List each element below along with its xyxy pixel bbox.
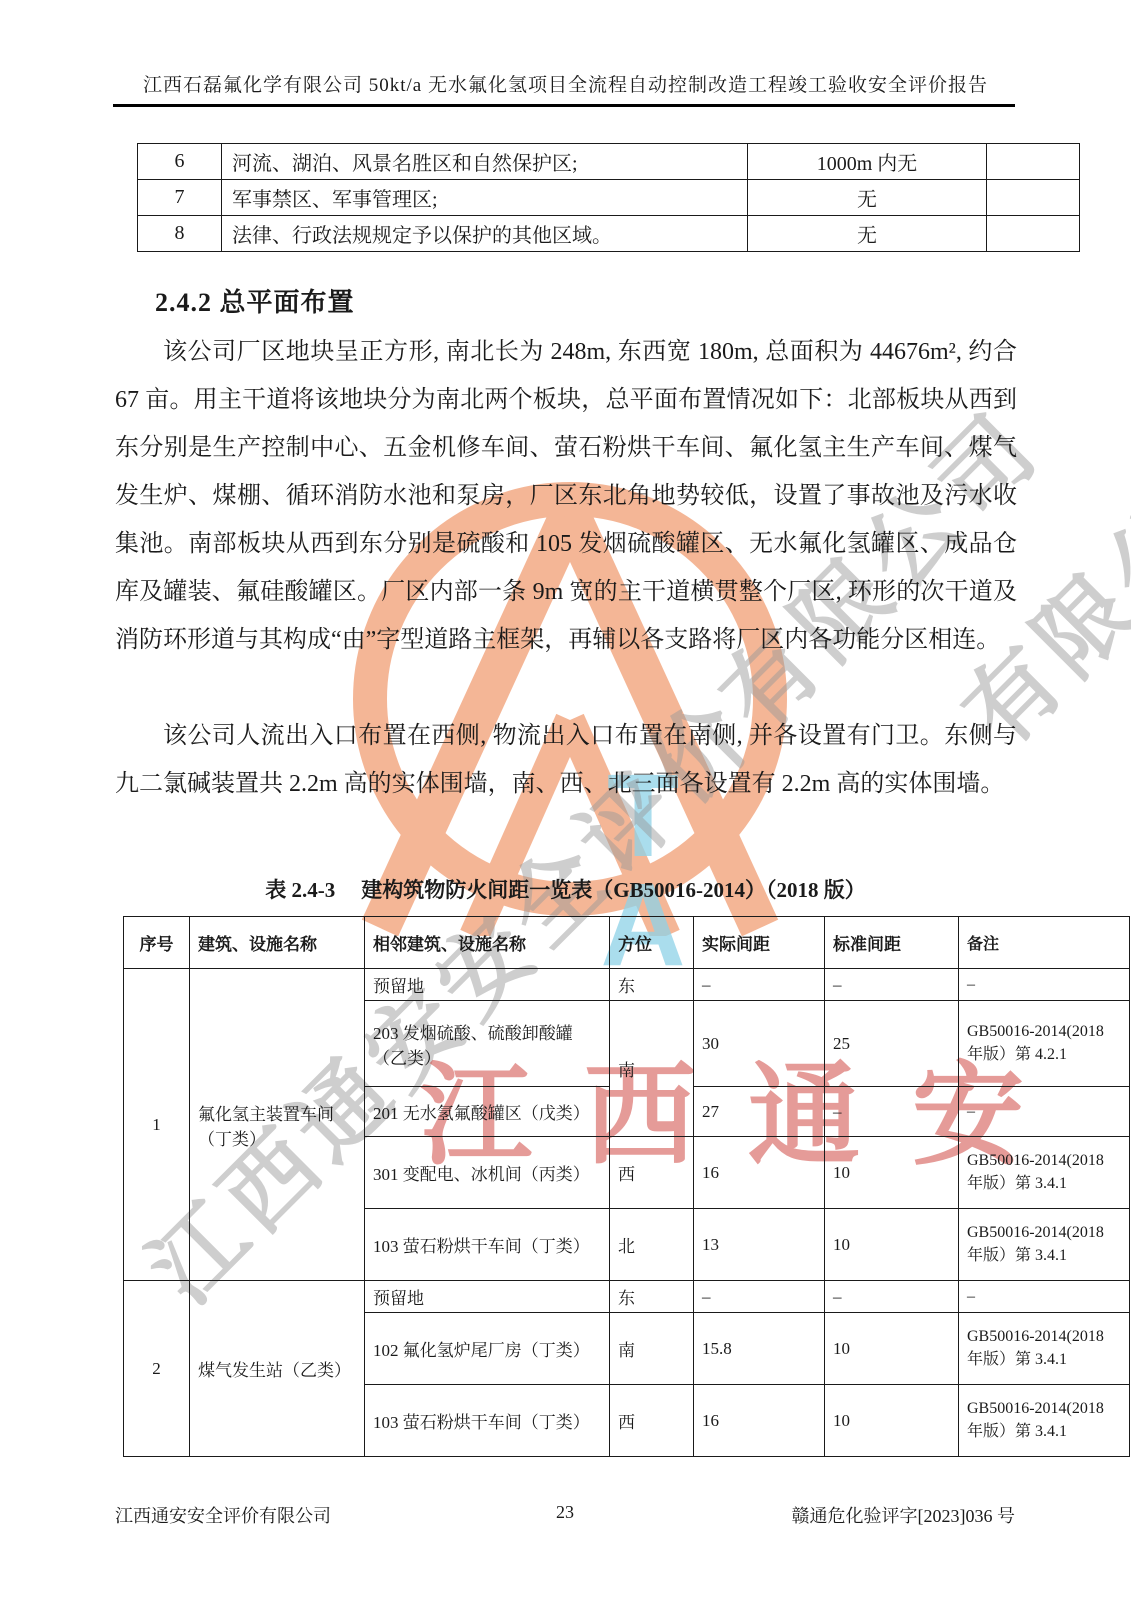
table-cell: 25 [825, 1001, 959, 1087]
table-cell: 16 [694, 1385, 825, 1457]
header-rule [113, 104, 1015, 107]
table-cell: 无 [748, 180, 987, 216]
page-header-title: 江西石磊氟化学有限公司 50kt/a 无水氟化氢项目全流程自动控制改造工程竣工验… [0, 70, 1131, 97]
footer-company-name: 江西通安安全评价有限公司 [115, 1502, 331, 1528]
footer-document-number: 赣通危化验评字[2023]036 号 [792, 1502, 1016, 1528]
protected-areas-table: 6 河流、湖泊、风景名胜区和自然保护区; 1000m 内无 7 军事禁区、军事管… [137, 143, 1080, 252]
column-header: 相邻建筑、设施名称 [365, 917, 610, 969]
table-cell: 北 [610, 1209, 694, 1281]
table-cell [987, 180, 1080, 216]
table-cell: GB50016-2014(2018 年版）第 3.4.1 [959, 1209, 1130, 1281]
table-cell: – [959, 1281, 1130, 1313]
table-cell: GB50016-2014(2018 年版）第 3.4.1 [959, 1385, 1130, 1457]
table-cell: GB50016-2014(2018 年版）第 3.4.1 [959, 1313, 1130, 1385]
document-page: T A 江西通安安全评价有限公司 有限公司 江西通安 江西石磊氟化学有限公司 5… [0, 0, 1131, 1600]
column-header: 标准间距 [825, 917, 959, 969]
table-cell-seq: 2 [124, 1281, 190, 1457]
section-heading: 2.4.2 总平面布置 [155, 282, 355, 319]
table-cell-building: 煤气发生站（乙类） [190, 1281, 365, 1457]
table-cell: – [694, 1281, 825, 1313]
table-cell: 东 [610, 1281, 694, 1313]
table-row: 7 军事禁区、军事管理区; 无 [138, 180, 1080, 216]
table-cell: – [825, 969, 959, 1001]
table-cell: 301 变配电、冰机间（丙类） [365, 1137, 610, 1209]
table-cell: 军事禁区、军事管理区; [222, 180, 748, 216]
page-content: 江西石磊氟化学有限公司 50kt/a 无水氟化氢项目全流程自动控制改造工程竣工验… [0, 0, 1131, 1600]
table-cell: – [825, 1281, 959, 1313]
table-cell: 203 发烟硫酸、硫酸卸酸罐（乙类） [365, 1001, 610, 1087]
table-cell: 30 [694, 1001, 825, 1087]
table-cell: 河流、湖泊、风景名胜区和自然保护区; [222, 144, 748, 180]
table-cell: 南 [610, 1001, 694, 1137]
table-cell: 10 [825, 1313, 959, 1385]
table-cell: 6 [138, 144, 222, 180]
body-paragraph-1: 该公司厂区地块呈正方形, 南北长为 248m, 东西宽 180m, 总面积为 4… [115, 328, 1017, 664]
table-cell: 预留地 [365, 1281, 610, 1313]
table-cell: GB50016-2014(2018 年版）第 3.4.1 [959, 1137, 1130, 1209]
table-header-row: 序号 建筑、设施名称 相邻建筑、设施名称 方位 实际间距 标准间距 备注 [124, 917, 1130, 969]
table-row: 1 氟化氢主装置车间（丁类） 预留地 东 – – – [124, 969, 1130, 1001]
table-cell: – [694, 969, 825, 1001]
column-header: 方位 [610, 917, 694, 969]
table-cell: 102 氟化氢炉尾厂房（丁类） [365, 1313, 610, 1385]
table-cell: 东 [610, 969, 694, 1001]
table-cell: 16 [694, 1137, 825, 1209]
table-cell: – [959, 969, 1130, 1001]
table-cell: 13 [694, 1209, 825, 1281]
table-cell: 27 [694, 1087, 825, 1137]
column-header: 备注 [959, 917, 1130, 969]
table-row: 6 河流、湖泊、风景名胜区和自然保护区; 1000m 内无 [138, 144, 1080, 180]
table-cell: 103 萤石粉烘干车间（丁类） [365, 1385, 610, 1457]
table-cell-building: 氟化氢主装置车间（丁类） [190, 969, 365, 1281]
table-cell: – [959, 1087, 1130, 1137]
table-cell: 预留地 [365, 969, 610, 1001]
table-row: 2 煤气发生站（乙类） 预留地 东 – – – [124, 1281, 1130, 1313]
table-cell: – [825, 1087, 959, 1137]
table-cell: 1000m 内无 [748, 144, 987, 180]
table-cell [987, 216, 1080, 252]
table-cell: 西 [610, 1385, 694, 1457]
table-cell-seq: 1 [124, 969, 190, 1281]
table-cell: 10 [825, 1385, 959, 1457]
table-cell: 南 [610, 1313, 694, 1385]
table-cell: 10 [825, 1209, 959, 1281]
table-cell: 无 [748, 216, 987, 252]
column-header: 序号 [124, 917, 190, 969]
table-cell: GB50016-2014(2018 年版）第 4.2.1 [959, 1001, 1130, 1087]
body-paragraph-2: 该公司人流出入口布置在西侧, 物流出入口布置在南侧, 并各设置有门卫。东侧与九二… [115, 712, 1017, 808]
table-cell: 10 [825, 1137, 959, 1209]
table-cell: 西 [610, 1137, 694, 1209]
table-caption-number: 表 2.4-3 [265, 878, 335, 902]
table-cell [987, 144, 1080, 180]
table-cell: 7 [138, 180, 222, 216]
table-cell: 法律、行政法规规定予以保护的其他区域。 [222, 216, 748, 252]
fire-distance-table: 序号 建筑、设施名称 相邻建筑、设施名称 方位 实际间距 标准间距 备注 1 氟… [123, 916, 1130, 1457]
column-header: 实际间距 [694, 917, 825, 969]
table-caption: 表 2.4-3建构筑物防火间距一览表（GB50016-2014）（2018 版） [0, 874, 1131, 904]
table-row: 8 法律、行政法规规定予以保护的其他区域。 无 [138, 216, 1080, 252]
table-caption-title: 建构筑物防火间距一览表（GB50016-2014）（2018 版） [361, 878, 866, 902]
table-cell: 8 [138, 216, 222, 252]
table-cell: 15.8 [694, 1313, 825, 1385]
table-cell: 201 无水氢氟酸罐区（戊类） [365, 1087, 610, 1137]
table-cell: 103 萤石粉烘干车间（丁类） [365, 1209, 610, 1281]
column-header: 建筑、设施名称 [190, 917, 365, 969]
